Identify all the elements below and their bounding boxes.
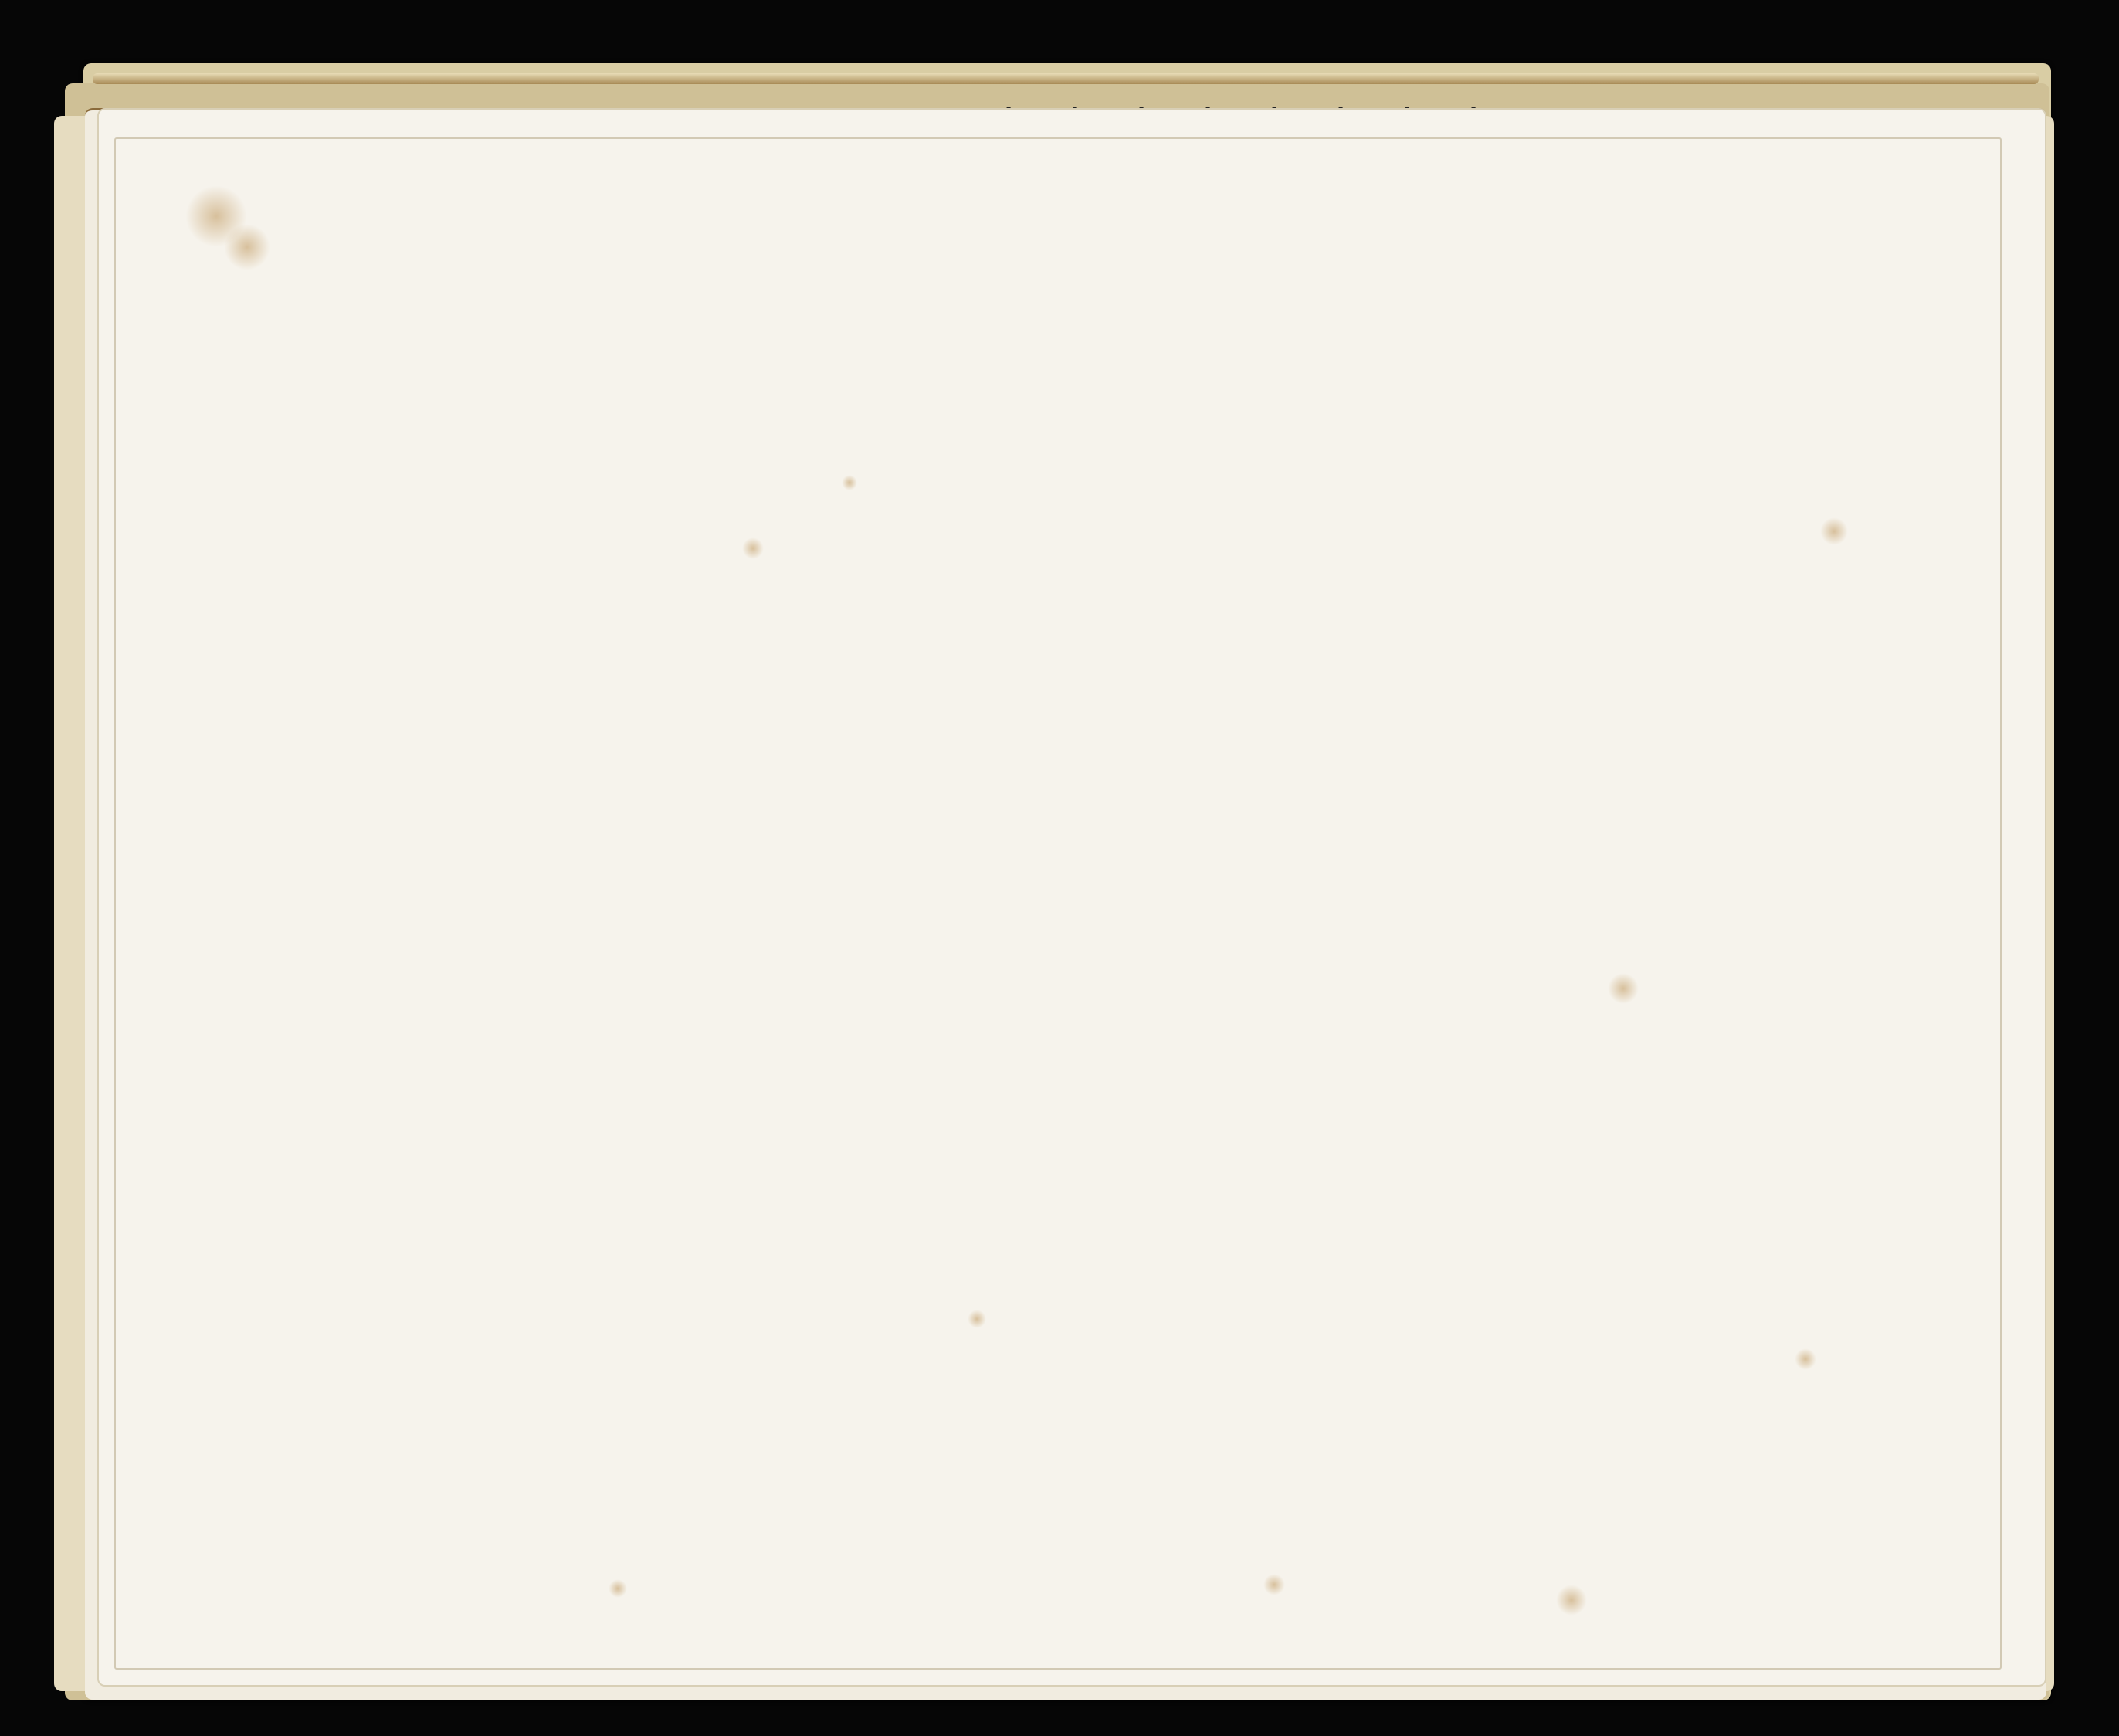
foxing-spot (742, 537, 764, 559)
foxing-spot (1608, 973, 1639, 1004)
foxing-spot (224, 224, 270, 270)
foxing-spot (1556, 1585, 1587, 1616)
foxing-spot (1820, 517, 1848, 545)
foxing-spot (968, 1310, 986, 1328)
stack-top-edge (93, 73, 2039, 84)
foxing-spot (609, 1579, 627, 1598)
plate-border-rule (114, 137, 2002, 1670)
foxing-spot (842, 475, 857, 490)
foxing-spot (1263, 1574, 1285, 1595)
foxing-spot (1795, 1348, 1816, 1370)
